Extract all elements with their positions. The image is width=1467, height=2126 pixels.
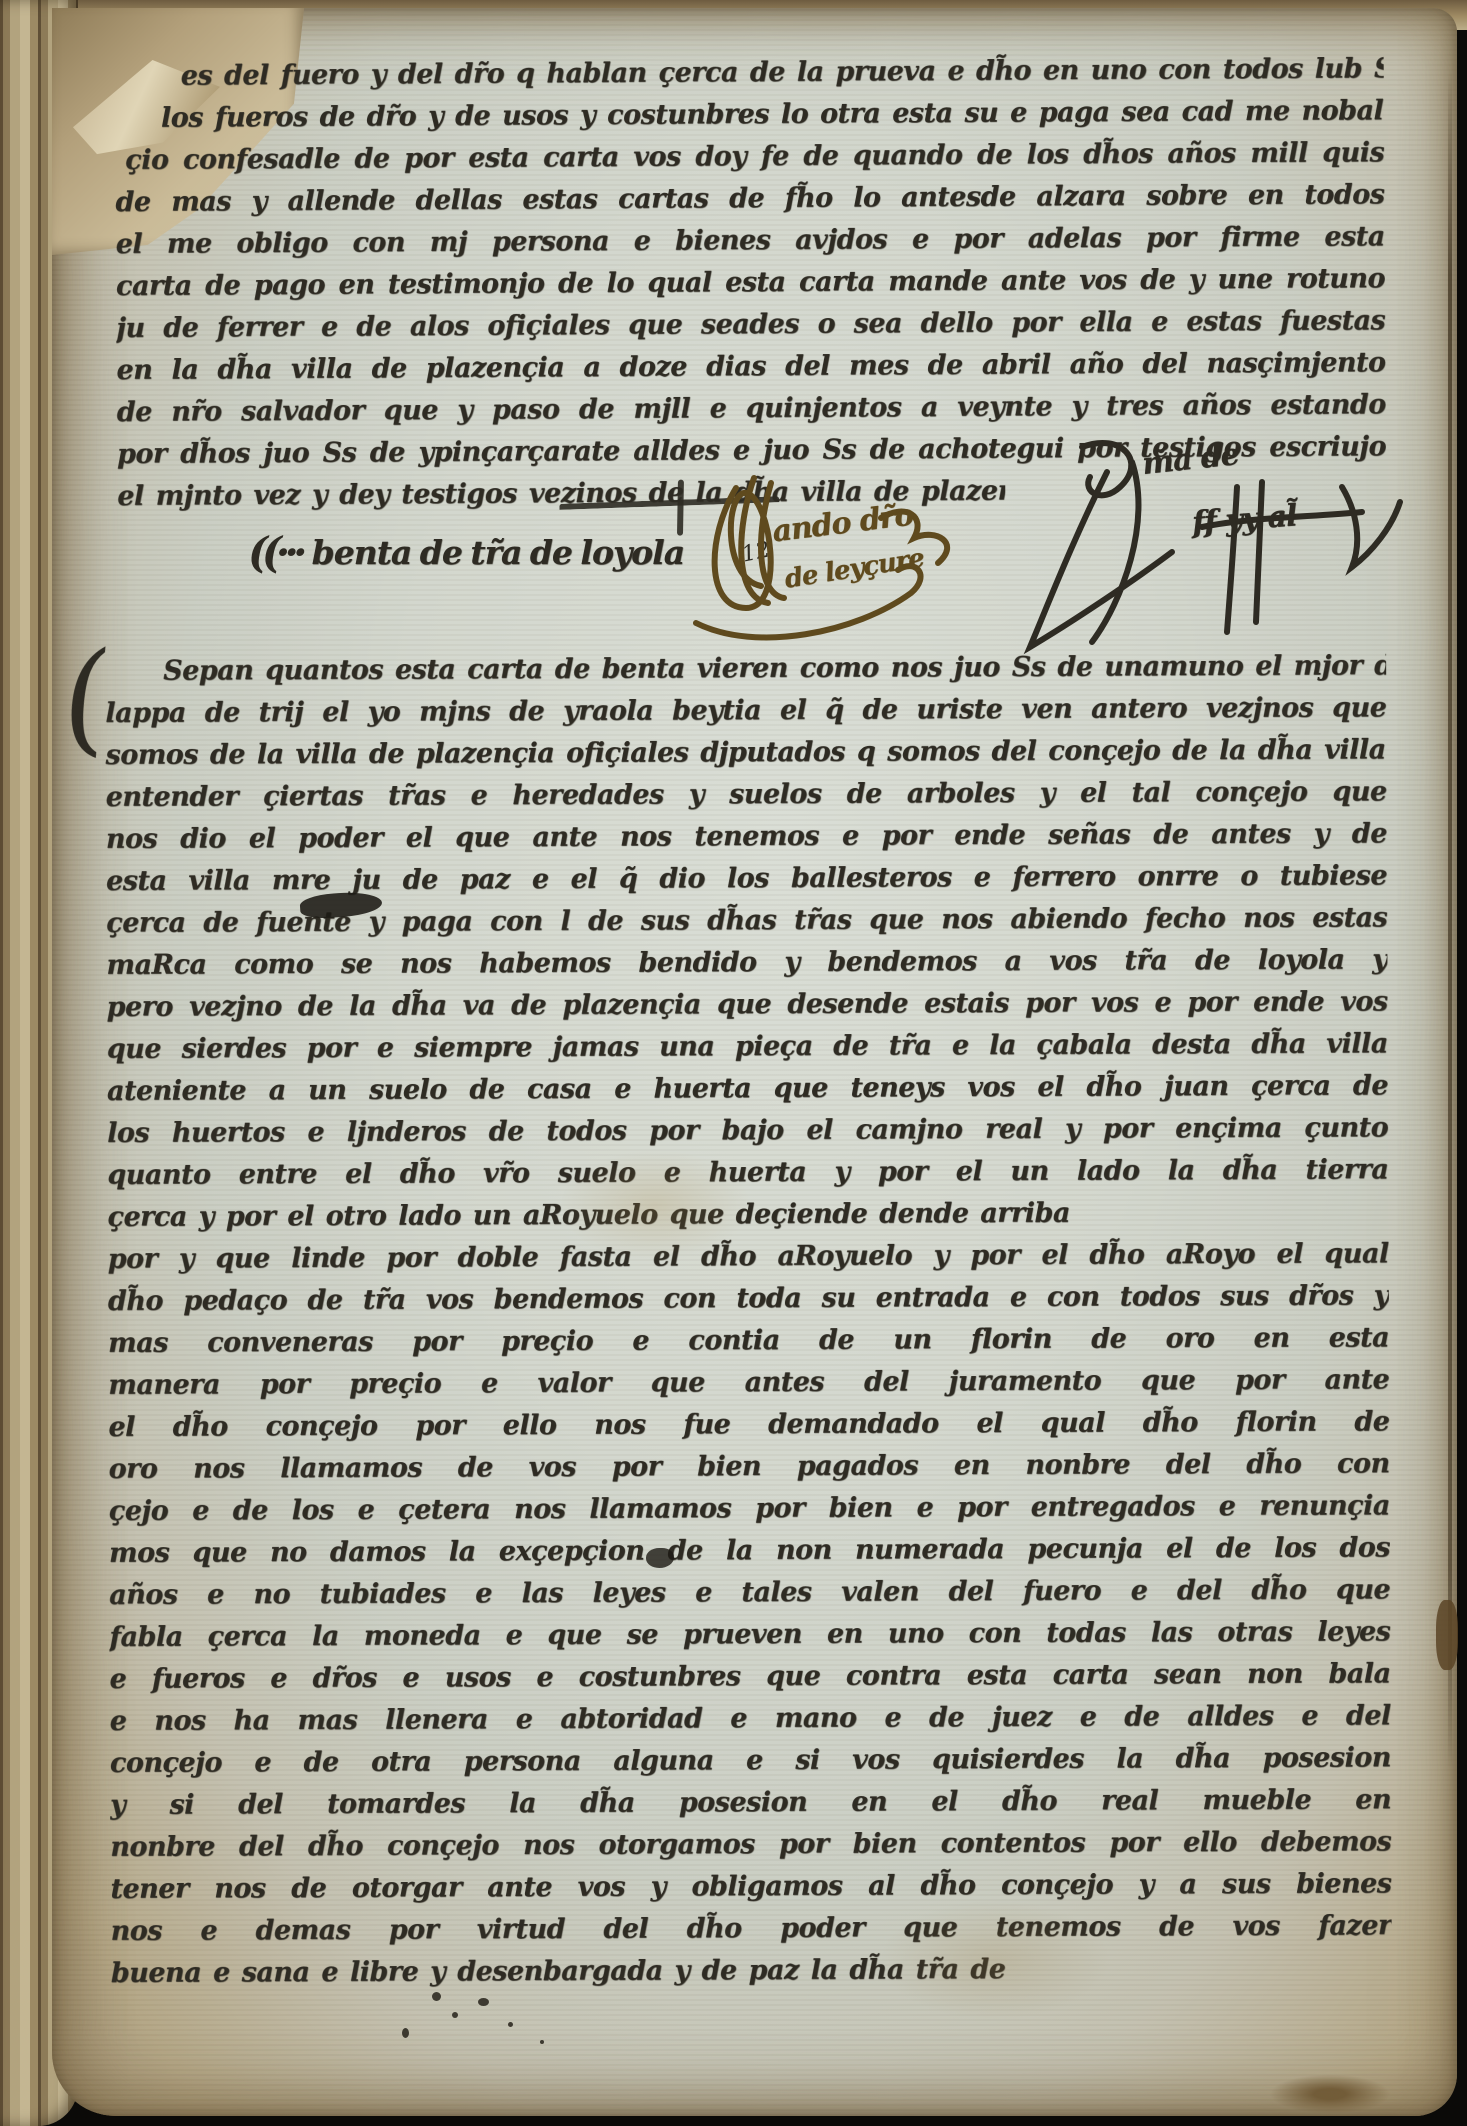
signature-right-text: ff yy al̃ (1191, 498, 1298, 540)
manuscript-line: buena e sana e libre y desenbargada y de… (111, 1948, 1136, 1994)
ink-speckle (540, 2040, 544, 2044)
manuscript-line: ateniente a un suelo de casa e huerta qu… (107, 1065, 1388, 1113)
text-block-deed-body: Sepan quantos esta carta de benta vieren… (105, 645, 1392, 1995)
manuscript-photo: es del fuero y del dr̃o q hablan çerca d… (0, 0, 1467, 2126)
manuscript-line: años e no tubiades e las leyes e tales v… (109, 1569, 1390, 1617)
manuscript-line: e fueros e dr̃os e usos e costunbres que… (109, 1653, 1390, 1701)
manuscript-line: Sepan quantos esta carta de benta vieren… (105, 645, 1386, 693)
manuscript-line: çerca de fuente y paga con l de sus dh̃a… (106, 897, 1387, 945)
ink-speckle (508, 2022, 513, 2027)
manuscript-line: somos de la villa de plazençia ofiçiales… (105, 729, 1386, 777)
manuscript-line: çerca y por el otro lado un aRoyuelo que… (107, 1192, 1209, 1239)
manuscript-line: mos que no damos la exçepçion de la non … (109, 1527, 1390, 1575)
ink-speckle (402, 2028, 409, 2038)
manuscript-line: e nos ha mas llenera e abtoridad e mano … (110, 1695, 1391, 1743)
manuscript-line: y si del tomardes la dh̃a posesion en el… (110, 1779, 1391, 1827)
manuscript-line: maRca como se nos habemos bendido y bend… (106, 939, 1387, 987)
manuscript-line: esta villa mre ju de paz e el q̃ dio los… (106, 855, 1387, 903)
manuscript-line: oro nos llamamos de vos por bien pagados… (109, 1443, 1390, 1491)
manuscript-line: mas conveneras por preçio e contia de un… (108, 1317, 1389, 1365)
manuscript-line: fabla çerca la moneda e que se prueven e… (109, 1611, 1390, 1659)
manuscript-line: por y que linde por doble fasta el dh̃o … (108, 1233, 1389, 1281)
deed-heading: ((··· benta de tr̃a de loyola (248, 520, 684, 584)
page-edge-shadow (1448, 70, 1452, 1770)
manuscript-line: pero vezjno de la dh̃a va de plazençia q… (107, 981, 1388, 1029)
manuscript-line: entender çiertas tr̃as e heredades y sue… (106, 771, 1387, 819)
manuscript-line: los huertos e ljnderos de todos por bajo… (107, 1107, 1388, 1155)
manuscript-line: çejo e de los e çetera nos llamamos por … (109, 1485, 1390, 1533)
manuscript-line: nos dio el poder el que ante nos tenemos… (106, 813, 1387, 861)
signature-left: ando dr̃o de leyçure (676, 458, 1016, 658)
manuscript-line: nos e demas por virtud del dh̃o poder qu… (111, 1905, 1392, 1953)
ink-speckle (452, 2012, 458, 2018)
manuscript-line: que sierdes por e siempre jamas una pieç… (107, 1023, 1388, 1071)
manuscript-line: tener nos de otorgar ante vos y obligamo… (110, 1863, 1391, 1911)
manuscript-line: conçejo e de otra persona alguna e si vo… (110, 1737, 1391, 1785)
signature-right: m̃a de ff yy al̃ (1012, 432, 1432, 672)
manuscript-line: dh̃o pedaço de tr̃a vos bendemos con tod… (108, 1275, 1389, 1323)
deed-title: benta de tr̃a de loyola (312, 533, 684, 572)
paragraph-mark: ((··· (248, 528, 302, 577)
manuscript-line: el dh̃o conçejo por ello nos fue demanda… (108, 1401, 1389, 1449)
manuscript-line: manera por preçio e valor que antes del … (108, 1359, 1389, 1407)
ink-speckle (478, 1998, 489, 2006)
manuscript-line: lappa de trij el yo mjns de yraola beyti… (105, 687, 1386, 735)
ink-speckle (432, 1992, 441, 2001)
manuscript-line: nonbre del dh̃o conçejo nos otorgamos po… (110, 1821, 1391, 1869)
manuscript-line: quanto entre el dh̃o vr̃o suelo e huerta… (107, 1149, 1388, 1197)
